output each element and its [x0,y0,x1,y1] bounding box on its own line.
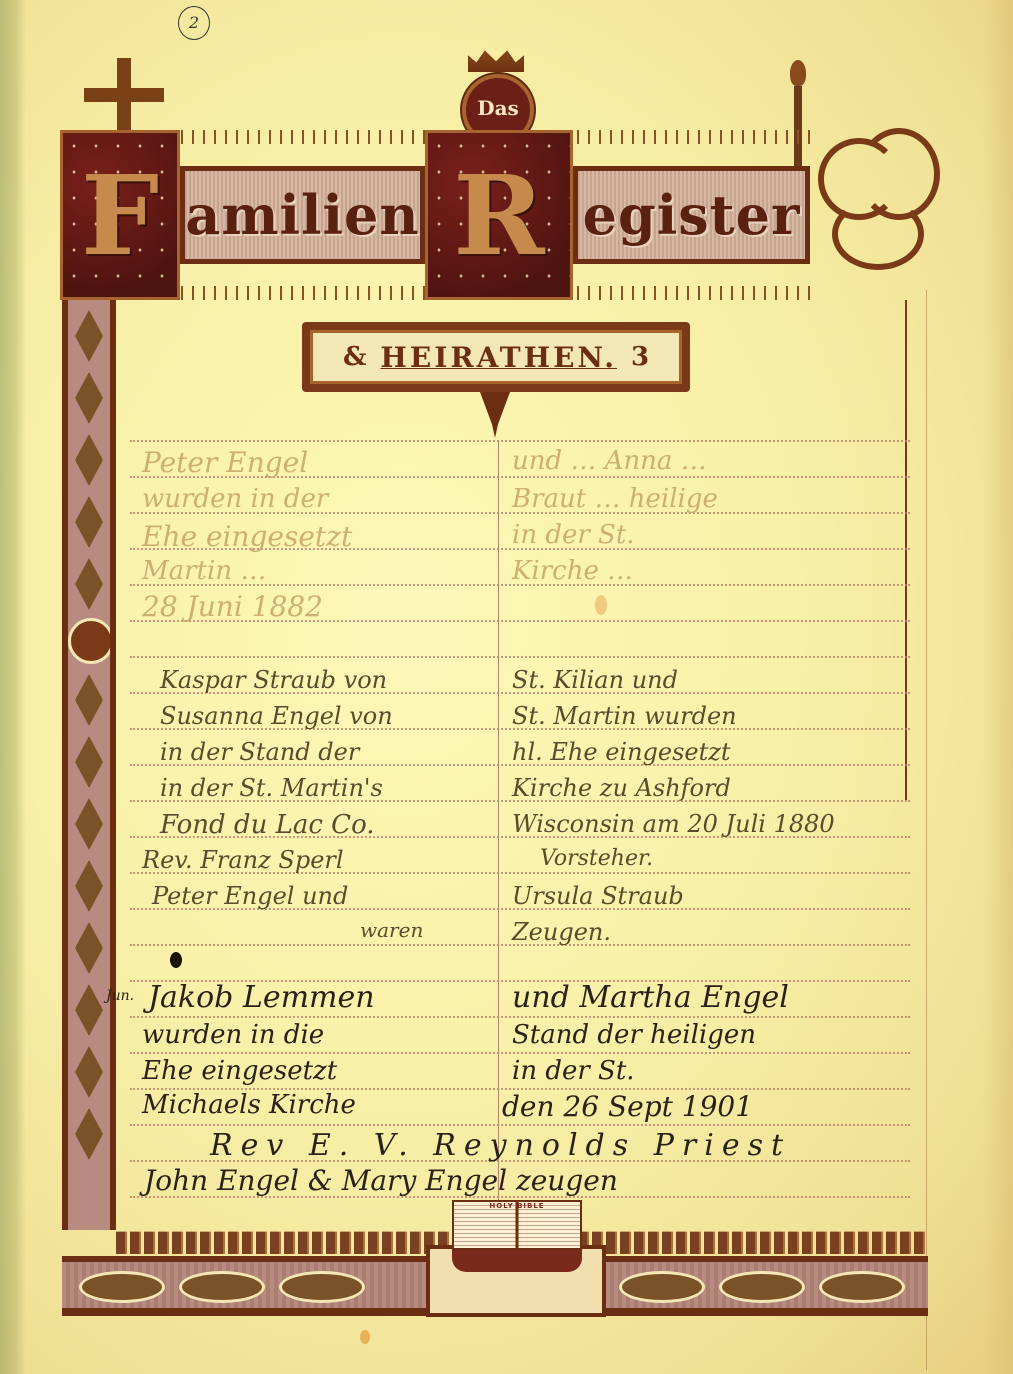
left-ornamental-border [62,300,116,1230]
title-word-register: egister [573,166,810,264]
page-edge-shadow-left [0,0,26,1374]
entry-2-witness: Peter Engel und [152,882,348,910]
entry-2-left-line: in der Stand der [160,738,359,766]
entry-1-left-line: Martin … [142,556,266,586]
curl-ornament-right: 3 [631,342,649,372]
entry-2-witness: Ursula Straub [512,882,684,910]
entry-3-officiant: Rev E. V. Reynolds Priest [210,1128,791,1163]
page-number-mark: 2 [178,6,210,40]
age-stain [360,1330,370,1344]
entry-2-left-line: in der St. Martin's [160,774,383,802]
entry-2-left-line: Kaspar Straub von [160,666,387,694]
entry-3-right-line: Stand der heiligen [512,1020,756,1050]
ruled-line [130,1016,910,1018]
marriage-ledger: Peter Engel wurden in der Ehe eingesetzt… [130,440,910,1200]
right-margin-line [926,290,927,1370]
entry-3-right-line: in der St. [512,1056,635,1086]
entry-2-left-line: Susanna Engel von [160,702,393,730]
pendant-ornament [480,392,510,438]
title-banner: F amilien R egister [60,130,810,300]
section-plaque: & HEIRATHEN. 3 [302,322,690,392]
entry-2-right-line: Zeugen. [512,918,611,946]
entry-1-right-line: und … Anna … [512,446,707,476]
crown-icon [468,48,524,72]
entry-2-left-line: Fond du Lac Co. [160,810,375,840]
entry-2-right-line: hl. Ehe eingesetzt [512,738,731,766]
column-divider [498,440,499,1200]
entry-3-left-line: Ehe eingesetzt [142,1056,337,1086]
illuminated-initial-r: R [425,130,573,300]
entry-1-right-line: Braut … heilige [512,484,718,514]
ruled-line [130,1052,910,1054]
entry-2-date: Wisconsin am 20 Juli 1880 [512,810,835,838]
entry-3-date: den 26 Sept 1901 [502,1090,753,1123]
entry-1-date: 28 Juni 1882 [142,590,323,623]
entry-2-right-line: Kirche zu Ashford [512,774,731,802]
entry-3-margin-note: Jun. [106,988,134,1004]
entry-1-left-line: Ehe eingesetzt [142,520,352,553]
cross-icon [84,58,164,138]
bible-label: HOLY BIBLE [452,1202,582,1210]
scroll-flourish-icon [812,128,942,328]
entry-2-right-line: St. Martin wurden [512,702,737,730]
page-edge-shadow-right [983,0,1013,1374]
entry-3-witnesses: John Engel & Mary Engel zeugen [144,1164,618,1197]
entry-3-left-line: wurden in die [142,1020,324,1050]
entry-3-left-line: Michaels Kirche [142,1090,356,1120]
entry-2-officiant: Rev. Franz Sperl [142,846,344,874]
ruled-line [130,1124,910,1126]
title-word-familien: amilien [180,166,425,264]
entry-1-left-line: Peter Engel [142,446,308,479]
entry-2-right-line: Vorsteher. [540,846,653,871]
entry-3-right-line: und Martha Engel [512,980,789,1015]
entry-1-left-line: wurden in der [142,484,328,514]
ruled-line [130,440,910,442]
section-title: HEIRATHEN. [380,341,617,374]
entry-1-right-line: Kirche … [512,556,633,586]
entry-2-right-line: St. Kilian und [512,666,678,694]
illuminated-initial-f: F [60,130,180,300]
entry-1-right-line: in der St. [512,520,635,550]
curl-ornament-left: & [343,342,366,372]
ruled-line [130,656,910,658]
entry-2-left-line: waren [360,918,423,942]
entry-3-left-line: Jakob Lemmen [148,980,375,1015]
